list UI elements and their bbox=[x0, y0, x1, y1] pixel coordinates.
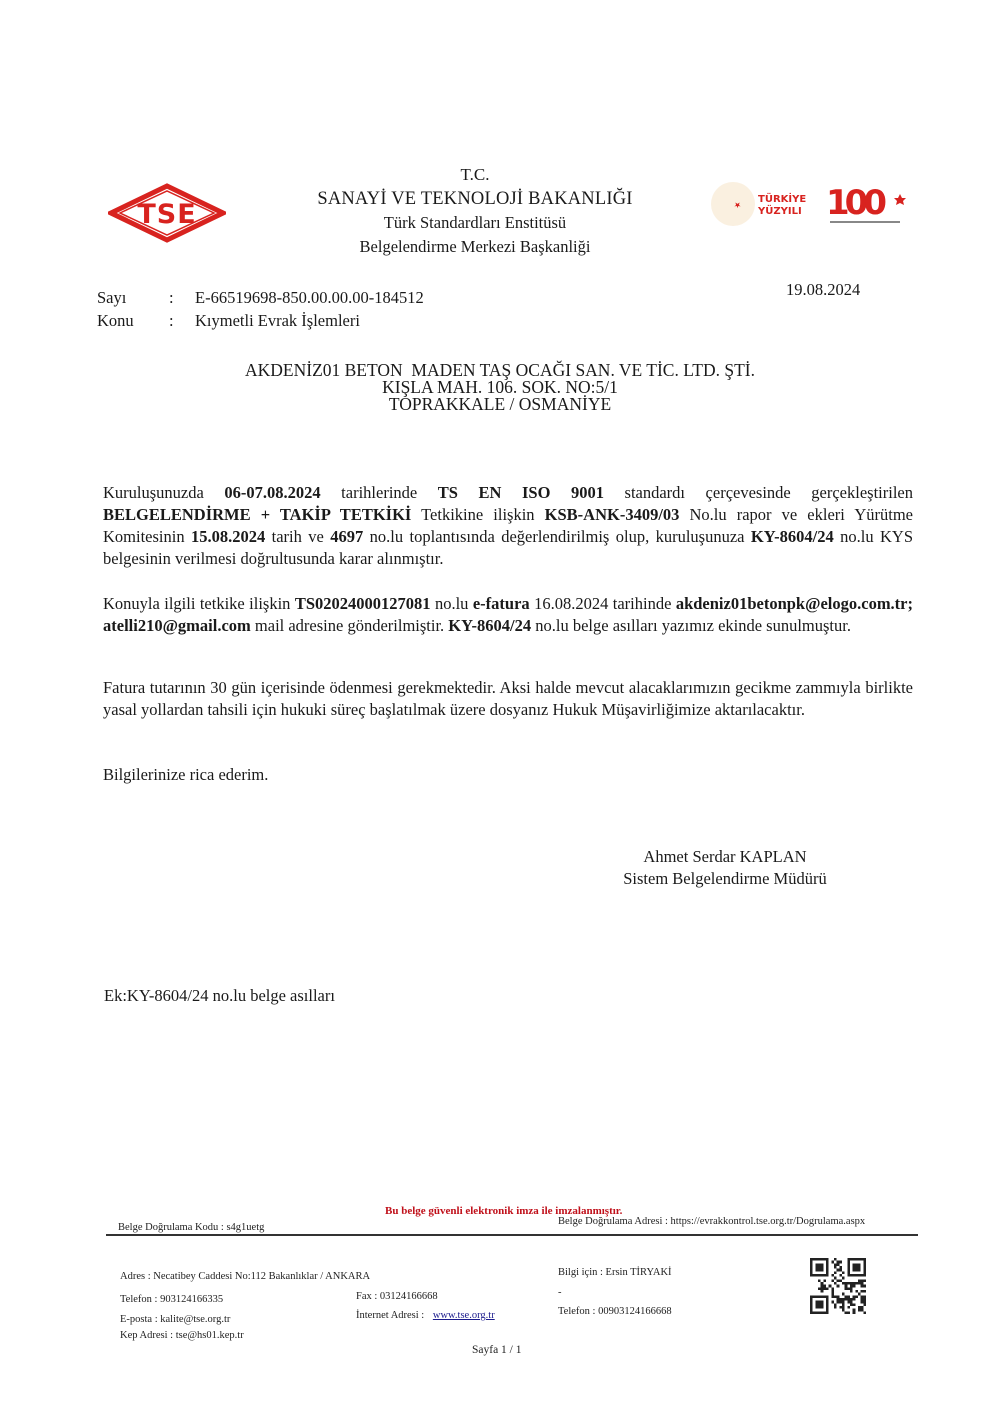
addressee-city: TOPRAKKALE / OSMANİYE bbox=[150, 396, 850, 413]
verification-address[interactable]: Belge Doğrulama Adresi : https://evrakko… bbox=[558, 1216, 865, 1227]
internet-label: İnternet Adresi : bbox=[356, 1310, 424, 1321]
emphasized-text: KY-8604/24 bbox=[448, 616, 531, 635]
document-date: 19.08.2024 bbox=[786, 280, 860, 300]
text-run: mail adresine gönderilmiştir. bbox=[251, 616, 449, 635]
text-run: no.lu belge asılları yazımız ekinde sunu… bbox=[531, 616, 851, 635]
republic-label: T.C. bbox=[300, 163, 650, 187]
addressee-block: AKDENİZ01 BETON MADEN TAŞ OCAĞI SAN. VE … bbox=[150, 362, 850, 413]
signature-block: Ahmet Serdar KAPLAN Sistem Belgelendirme… bbox=[560, 846, 890, 890]
verification-code: Belge Doğrulama Kodu : s4g1uetg bbox=[118, 1222, 264, 1233]
text-run: tarihlerinde bbox=[321, 483, 438, 502]
letterhead: T.C. SANAYİ VE TEKNOLOJİ BAKANLIĞI Türk … bbox=[300, 163, 650, 259]
emphasized-text: TS EN ISO 9001 bbox=[438, 483, 604, 502]
text-run: no.lu toplantısında değerlendirilmiş olu… bbox=[363, 527, 751, 546]
turkiye-yuzyili-logo: TÜRKİYE YÜZYILI bbox=[706, 178, 816, 230]
sayi-row: Sayı:E-66519698-850.00.00.00-184512 bbox=[97, 288, 424, 308]
info-dash: - bbox=[558, 1287, 562, 1298]
crescent-star-icon: TÜRKİYE YÜZYILI bbox=[706, 178, 816, 230]
svg-text:TSE: TSE bbox=[137, 199, 196, 230]
svg-text:100: 100 bbox=[826, 183, 886, 223]
separator: : bbox=[169, 311, 195, 331]
100-icon: 100 bbox=[826, 180, 908, 228]
closing-sentence: Bilgilerinize rica ederim. bbox=[103, 764, 913, 786]
footer-email[interactable]: E-posta : kalite@tse.org.tr bbox=[120, 1314, 230, 1325]
emphasized-text: KY-8604/24 bbox=[751, 527, 834, 546]
paragraph-certification-decision: Kuruluşunuzda 06-07.08.2024 tarihlerinde… bbox=[103, 482, 913, 570]
emphasized-text: BELGELENDİRME + TAKİP TETKİKİ bbox=[103, 505, 411, 524]
footer-internet: İnternet Adresi : www.tse.org.tr bbox=[356, 1310, 495, 1321]
text-run: Tetkikine ilişkin bbox=[411, 505, 544, 524]
text-run: standardı çerçevesinde gerçekleştirilen bbox=[604, 483, 913, 502]
institute-name: Türk Standardları Enstitüsü bbox=[300, 211, 650, 235]
ministry-name: SANAYİ VE TEKNOLOJİ BAKANLIĞI bbox=[300, 187, 650, 211]
paragraph-invoice-sent: Konuyla ilgili tetkike ilişkin TS0202400… bbox=[103, 593, 913, 637]
info-contact: Bilgi için : Ersin TİRYAKİ bbox=[558, 1267, 672, 1278]
tse-logo-icon: TSE bbox=[108, 183, 226, 243]
website-link[interactable]: www.tse.org.tr bbox=[433, 1310, 495, 1321]
sayi-label: Sayı bbox=[97, 288, 169, 308]
text-run: no.lu bbox=[431, 594, 473, 613]
sayi-value: E-66519698-850.00.00.00-184512 bbox=[195, 288, 424, 307]
attachment-note: Ek:KY-8604/24 no.lu belge asılları bbox=[104, 986, 335, 1006]
department-name: Belgelendirme Merkezi Başkanliği bbox=[300, 235, 650, 259]
text-run: Konuyla ilgili tetkike ilişkin bbox=[103, 594, 295, 613]
emphasized-text: 06-07.08.2024 bbox=[224, 483, 320, 502]
qr-code-icon[interactable] bbox=[810, 1258, 866, 1314]
emphasized-text: e-fatura bbox=[473, 594, 530, 613]
text-run: Kuruluşunuzda bbox=[103, 483, 224, 502]
footer-divider bbox=[106, 1234, 918, 1236]
footer-fax: Fax : 03124166668 bbox=[356, 1291, 438, 1302]
footer-address: Adres : Necatibey Caddesi No:112 Bakanlı… bbox=[120, 1271, 370, 1282]
svg-text:YÜZYILI: YÜZYILI bbox=[757, 203, 802, 217]
signatory-title: Sistem Belgelendirme Müdürü bbox=[560, 868, 890, 890]
konu-value: Kıymetli Evrak İşlemleri bbox=[195, 311, 360, 330]
konu-row: Konu:Kıymetli Evrak İşlemleri bbox=[97, 311, 360, 331]
footer-kep: Kep Adresi : tse@hs01.kep.tr bbox=[120, 1330, 244, 1341]
emphasized-text: TS02024000127081 bbox=[295, 594, 431, 613]
emphasized-text: KSB-ANK-3409/03 bbox=[545, 505, 680, 524]
konu-label: Konu bbox=[97, 311, 169, 331]
signatory-name: Ahmet Serdar KAPLAN bbox=[560, 846, 890, 868]
svg-text:TÜRKİYE: TÜRKİYE bbox=[758, 191, 806, 205]
text-run: tarih ve bbox=[265, 527, 330, 546]
page-number: Sayfa 1 / 1 bbox=[472, 1344, 522, 1356]
centennial-logo: 100 bbox=[826, 180, 908, 228]
separator: : bbox=[169, 288, 195, 308]
text-run: 16.08.2024 tarihinde bbox=[530, 594, 676, 613]
paragraph-payment-notice: Fatura tutarının 30 gün içerisinde ödenm… bbox=[103, 677, 913, 721]
emphasized-text: 15.08.2024 bbox=[191, 527, 265, 546]
emphasized-text: 4697 bbox=[330, 527, 363, 546]
footer-phone: Telefon : 903124166335 bbox=[120, 1294, 223, 1305]
info-phone: Telefon : 00903124166668 bbox=[558, 1306, 672, 1317]
